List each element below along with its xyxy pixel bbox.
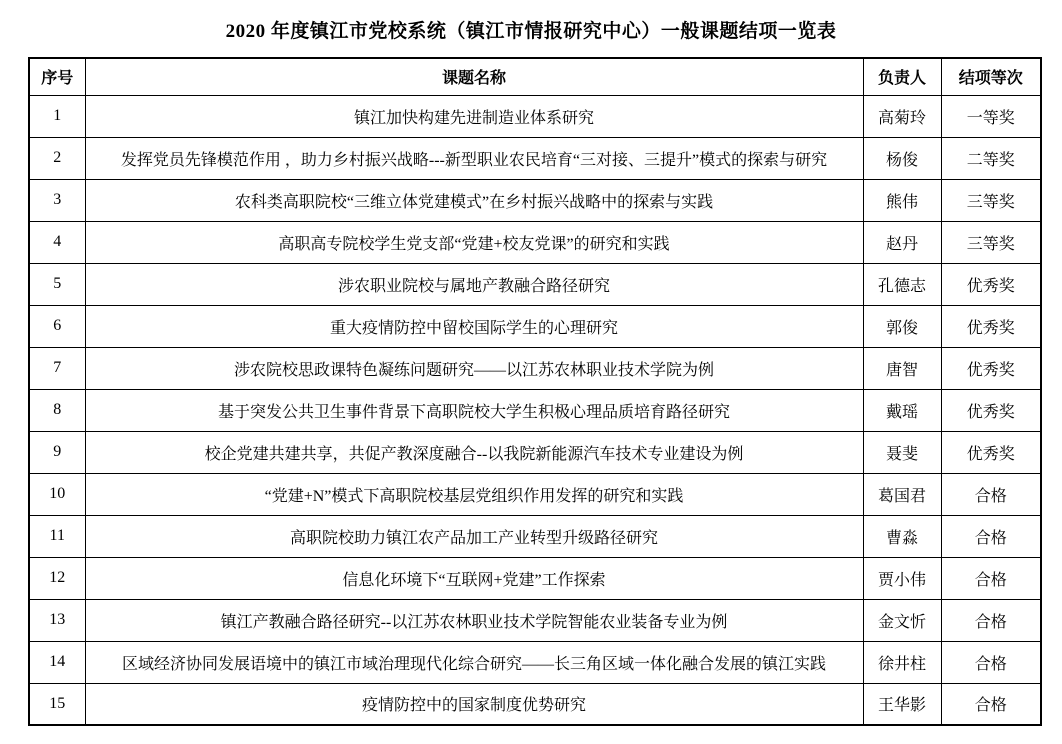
topic-name-cell: 发挥党员先锋模范作用 ，助力乡村振兴战略---新型职业农民培育“三对接、三提升”… — [85, 137, 863, 179]
topic-name-cell: 镇江产教融合路径研究--以江苏农林职业技术学院智能农业装备专业为例 — [85, 599, 863, 641]
grade-cell: 优秀奖 — [941, 389, 1041, 431]
table-row: 5涉农职业院校与属地产教融合路径研究孔德志优秀奖 — [29, 263, 1041, 305]
grade-cell: 三等奖 — [941, 221, 1041, 263]
table-row: 9校企党建共建共享，共促产教深度融合--以我院新能源汽车技术专业建设为例聂斐优秀… — [29, 431, 1041, 473]
leader-name-cell: 唐智 — [863, 347, 941, 389]
table-row: 3农科类高职院校“三维立体党建模式”在乡村振兴战略中的探索与实践熊伟三等奖 — [29, 179, 1041, 221]
grade-cell: 合格 — [941, 515, 1041, 557]
leader-name-cell: 聂斐 — [863, 431, 941, 473]
leader-name-cell: 贾小伟 — [863, 557, 941, 599]
topic-name-cell: 农科类高职院校“三维立体党建模式”在乡村振兴战略中的探索与实践 — [85, 179, 863, 221]
serial-number-cell: 7 — [29, 347, 85, 389]
table-row: 12信息化环境下“互联网+党建”工作探索贾小伟合格 — [29, 557, 1041, 599]
grade-cell: 优秀奖 — [941, 431, 1041, 473]
table-row: 13镇江产教融合路径研究--以江苏农林职业技术学院智能农业装备专业为例金文忻合格 — [29, 599, 1041, 641]
table-row: 6重大疫情防控中留校国际学生的心理研究郭俊优秀奖 — [29, 305, 1041, 347]
table-row: 15疫情防控中的国家制度优势研究王华影合格 — [29, 683, 1041, 725]
serial-number-cell: 5 — [29, 263, 85, 305]
serial-number-cell: 12 — [29, 557, 85, 599]
grade-cell: 优秀奖 — [941, 263, 1041, 305]
leader-name-cell: 熊伟 — [863, 179, 941, 221]
topic-name-cell: 涉农职业院校与属地产教融合路径研究 — [85, 263, 863, 305]
serial-number-cell: 11 — [29, 515, 85, 557]
header-topic-name: 课题名称 — [85, 58, 863, 95]
grade-cell: 合格 — [941, 557, 1041, 599]
grade-cell: 合格 — [941, 641, 1041, 683]
serial-number-cell: 8 — [29, 389, 85, 431]
header-leader: 负责人 — [863, 58, 941, 95]
serial-number-cell: 6 — [29, 305, 85, 347]
table-row: 4高职高专院校学生党支部“党建+校友党课”的研究和实践赵丹三等奖 — [29, 221, 1041, 263]
topic-name-cell: 区域经济协同发展语境中的镇江市域治理现代化综合研究——长三角区域一体化融合发展的… — [85, 641, 863, 683]
header-serial-number: 序号 — [29, 58, 85, 95]
table-row: 8基于突发公共卫生事件背景下高职院校大学生积极心理品质培育路径研究戴瑶优秀奖 — [29, 389, 1041, 431]
serial-number-cell: 3 — [29, 179, 85, 221]
table-row: 1镇江加快构建先进制造业体系研究高菊玲一等奖 — [29, 95, 1041, 137]
topic-name-cell: 信息化环境下“互联网+党建”工作探索 — [85, 557, 863, 599]
document-page: 2020 年度镇江市党校系统（镇江市情报研究中心）一般课题结项一览表 序号 课题… — [0, 0, 1062, 744]
table-row: 11高职院校助力镇江农产品加工产业转型升级路径研究曹淼合格 — [29, 515, 1041, 557]
leader-name-cell: 高菊玲 — [863, 95, 941, 137]
leader-name-cell: 戴瑶 — [863, 389, 941, 431]
grade-cell: 合格 — [941, 599, 1041, 641]
grade-cell: 优秀奖 — [941, 347, 1041, 389]
page-title: 2020 年度镇江市党校系统（镇江市情报研究中心）一般课题结项一览表 — [0, 16, 1062, 43]
leader-name-cell: 杨俊 — [863, 137, 941, 179]
leader-name-cell: 曹淼 — [863, 515, 941, 557]
leader-name-cell: 金文忻 — [863, 599, 941, 641]
topic-name-cell: “党建+N”模式下高职院校基层党组织作用发挥的研究和实践 — [85, 473, 863, 515]
table-row: 2发挥党员先锋模范作用 ，助力乡村振兴战略---新型职业农民培育“三对接、三提升… — [29, 137, 1041, 179]
table-row: 14区域经济协同发展语境中的镇江市域治理现代化综合研究——长三角区域一体化融合发… — [29, 641, 1041, 683]
serial-number-cell: 13 — [29, 599, 85, 641]
leader-name-cell: 王华影 — [863, 683, 941, 725]
serial-number-cell: 9 — [29, 431, 85, 473]
topic-name-cell: 高职院校助力镇江农产品加工产业转型升级路径研究 — [85, 515, 863, 557]
table-row: 10“党建+N”模式下高职院校基层党组织作用发挥的研究和实践葛国君合格 — [29, 473, 1041, 515]
serial-number-cell: 4 — [29, 221, 85, 263]
topic-name-cell: 涉农院校思政课特色凝练问题研究——以江苏农林职业技术学院为例 — [85, 347, 863, 389]
leader-name-cell: 郭俊 — [863, 305, 941, 347]
grade-cell: 合格 — [941, 473, 1041, 515]
topic-name-cell: 校企党建共建共享，共促产教深度融合--以我院新能源汽车技术专业建设为例 — [85, 431, 863, 473]
leader-name-cell: 孔德志 — [863, 263, 941, 305]
topic-name-cell: 重大疫情防控中留校国际学生的心理研究 — [85, 305, 863, 347]
topic-name-cell: 疫情防控中的国家制度优势研究 — [85, 683, 863, 725]
table-header-row: 序号 课题名称 负责人 结项等次 — [29, 58, 1041, 95]
serial-number-cell: 1 — [29, 95, 85, 137]
grade-cell: 二等奖 — [941, 137, 1041, 179]
grade-cell: 三等奖 — [941, 179, 1041, 221]
topic-name-cell: 镇江加快构建先进制造业体系研究 — [85, 95, 863, 137]
serial-number-cell: 15 — [29, 683, 85, 725]
results-table-body: 1镇江加快构建先进制造业体系研究高菊玲一等奖2发挥党员先锋模范作用 ，助力乡村振… — [29, 95, 1041, 725]
grade-cell: 合格 — [941, 683, 1041, 725]
serial-number-cell: 14 — [29, 641, 85, 683]
topic-name-cell: 基于突发公共卫生事件背景下高职院校大学生积极心理品质培育路径研究 — [85, 389, 863, 431]
table-row: 7涉农院校思政课特色凝练问题研究——以江苏农林职业技术学院为例唐智优秀奖 — [29, 347, 1041, 389]
leader-name-cell: 葛国君 — [863, 473, 941, 515]
grade-cell: 一等奖 — [941, 95, 1041, 137]
leader-name-cell: 徐井柱 — [863, 641, 941, 683]
serial-number-cell: 10 — [29, 473, 85, 515]
header-grade: 结项等次 — [941, 58, 1041, 95]
grade-cell: 优秀奖 — [941, 305, 1041, 347]
results-table: 序号 课题名称 负责人 结项等次 1镇江加快构建先进制造业体系研究高菊玲一等奖2… — [28, 57, 1042, 726]
leader-name-cell: 赵丹 — [863, 221, 941, 263]
serial-number-cell: 2 — [29, 137, 85, 179]
topic-name-cell: 高职高专院校学生党支部“党建+校友党课”的研究和实践 — [85, 221, 863, 263]
